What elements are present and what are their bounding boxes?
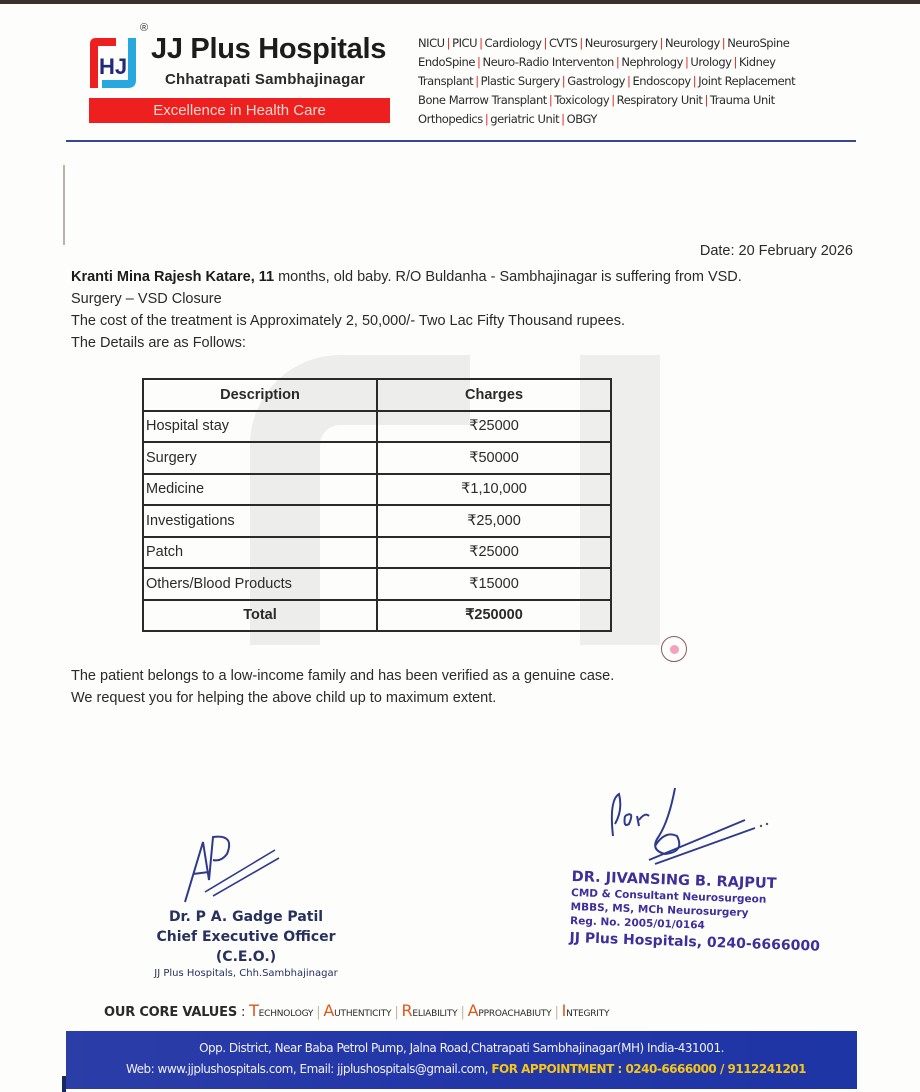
specialty-item: Neurology	[665, 36, 720, 50]
hospital-name: JJ Plus Hospitals	[151, 33, 386, 66]
core-values-line: OUR CORE VALUES : Technology|Authenticit…	[104, 1001, 824, 1020]
registered-mark: ®	[140, 22, 148, 34]
patient-details: months, old baby. R/O Buldanha - Sambhaj…	[274, 269, 742, 285]
hospital-city: Chhatrapati Sambhajinagar	[165, 71, 365, 88]
core-value: Approachabiuty	[468, 1005, 552, 1020]
row-charges: ₹50000	[377, 442, 611, 474]
core-value: Reliability	[402, 1005, 458, 1020]
separator: |	[559, 112, 566, 126]
request-line: We request you for helping the above chi…	[71, 687, 614, 709]
ceo-title: Chief Executive Officer (C.E.O.)	[126, 927, 366, 967]
row-charges: ₹1,10,000	[377, 474, 611, 506]
details-intro: The Details are as Follows:	[71, 332, 861, 354]
separator: |	[702, 93, 709, 107]
total-label: Total	[143, 600, 377, 632]
row-charges: ₹15000	[377, 568, 611, 600]
separator: |	[391, 1005, 401, 1020]
footer-contact: Web: www.jjplushospitals.com, Email: jjp…	[86, 1062, 846, 1076]
separator: |	[551, 1005, 561, 1020]
specialty-item: Neuro-Radio Interventon	[482, 55, 613, 69]
row-charges: ₹25,000	[377, 505, 611, 537]
footer-appointment: FOR APPOINTMENT : 0240-6666000 / 9112241…	[491, 1062, 806, 1076]
table-row: Patch₹25000	[143, 537, 611, 569]
stamp-dot-icon	[661, 636, 687, 662]
specialties-line: NICU|PICU|Cardiology|CVTS|Neurosurgery|N…	[418, 34, 858, 53]
specialty-item: NeuroSpine	[727, 36, 789, 50]
row-description: Hospital stay	[143, 411, 377, 443]
closing-text: The patient belongs to a low-income fami…	[71, 665, 614, 709]
row-description: Investigations	[143, 505, 377, 537]
tagline-text: Excellence in Health Care	[89, 102, 390, 119]
core-value: Technology	[249, 1005, 313, 1020]
specialty-item: Bone Marrow Transplant	[418, 93, 547, 107]
page-edge-shadow	[62, 1076, 66, 1092]
tagline-banner: Excellence in Health Care	[89, 98, 390, 123]
specialties-list: NICU|PICU|Cardiology|CVTS|Neurosurgery|N…	[418, 34, 858, 129]
specialty-item: CVTS	[549, 36, 577, 50]
core-value: Authenticity	[323, 1005, 391, 1020]
specialty-item: Plastic Surgery	[481, 74, 560, 88]
specialty-item: Transplant	[418, 74, 473, 88]
specialties-line: Bone Marrow Transplant|Toxicology|Respir…	[418, 91, 858, 110]
table-row: Hospital stay₹25000	[143, 411, 611, 443]
specialties-line: Orthopedics|geriatric Unit|OBGY	[418, 110, 858, 129]
footer-band: Opp. District, Near Baba Petrol Pump, Ja…	[66, 1031, 857, 1089]
row-description: Medicine	[143, 474, 377, 506]
total-row: Total₹250000	[143, 600, 611, 632]
specialty-item: Endoscopy	[632, 74, 690, 88]
ceo-signature-icon	[175, 832, 285, 912]
specialty-item: Neurosurgery	[585, 36, 658, 50]
specialty-item: Joint Replacement	[698, 74, 795, 88]
surgery-line: Surgery – VSD Closure	[71, 288, 861, 310]
hospital-logo-icon: HJ	[86, 34, 142, 90]
row-description: Surgery	[143, 442, 377, 474]
footer-web-email: Web: www.jjplushospitals.com, Email: jjp…	[126, 1062, 491, 1076]
column-header-charges: Charges	[377, 379, 611, 411]
letter-body: Kranti Mina Rajesh Katare, 11 months, ol…	[71, 266, 861, 354]
specialties-line: EndoSpine|Neuro-Radio Interventon|Nephro…	[418, 53, 858, 72]
header-divider	[66, 140, 856, 142]
cost-line: The cost of the treatment is Approximate…	[71, 310, 861, 332]
specialty-item: Respiratory Unit	[617, 93, 703, 107]
row-description: Others/Blood Products	[143, 568, 377, 600]
page-margin-mark	[63, 165, 65, 245]
table-row: Others/Blood Products₹15000	[143, 568, 611, 600]
separator: |	[473, 74, 480, 88]
total-amount: ₹250000	[377, 600, 611, 632]
specialty-item: NICU	[418, 36, 445, 50]
core-values-label: OUR CORE VALUES	[104, 1005, 237, 1020]
separator: |	[313, 1005, 323, 1020]
separator: |	[609, 93, 616, 107]
top-edge-strip	[0, 0, 920, 4]
footer-address: Opp. District, Near Baba Petrol Pump, Ja…	[66, 1041, 857, 1055]
cmd-signature-icon	[605, 780, 785, 870]
cmd-signature-block: DR. JIVANSING B. RAJPUT CMD & Consultant…	[569, 868, 822, 957]
table-row: Surgery₹50000	[143, 442, 611, 474]
ceo-hospital: JJ Plus Hospitals, Chh.Sambhajinagar	[126, 967, 366, 981]
row-charges: ₹25000	[377, 537, 611, 569]
separator: |	[577, 36, 584, 50]
table-row: Investigations₹25,000	[143, 505, 611, 537]
svg-text:HJ: HJ	[99, 54, 127, 79]
charges-table: Description Charges Hospital stay₹25000S…	[142, 378, 612, 632]
specialty-item: Toxicology	[554, 93, 609, 107]
verification-line: The patient belongs to a low-income fami…	[71, 665, 614, 687]
column-header-description: Description	[143, 379, 377, 411]
row-description: Patch	[143, 537, 377, 569]
core-value: Integrity	[562, 1005, 610, 1020]
specialty-item: EndoSpine	[418, 55, 475, 69]
separator: |	[457, 1005, 467, 1020]
letter-date: Date: 20 February 2026	[700, 243, 853, 259]
separator: |	[732, 55, 739, 69]
specialty-item: Orthopedics	[418, 112, 483, 126]
specialty-item: geriatric Unit	[490, 112, 559, 126]
separator: |	[477, 36, 484, 50]
specialties-line: Transplant|Plastic Surgery|Gastrology|En…	[418, 72, 858, 91]
patient-line: Kranti Mina Rajesh Katare, 11 months, ol…	[71, 266, 861, 288]
patient-name: Kranti Mina Rajesh Katare, 11	[71, 269, 274, 285]
row-charges: ₹25000	[377, 411, 611, 443]
specialty-item: Nephrology	[621, 55, 683, 69]
specialty-item: Gastrology	[567, 74, 625, 88]
separator: |	[542, 36, 549, 50]
specialty-item: OBGY	[567, 112, 597, 126]
separator: |	[445, 36, 452, 50]
table-header-row: Description Charges	[143, 379, 611, 411]
specialty-item: Trauma Unit	[710, 93, 775, 107]
specialty-item: PICU	[452, 36, 477, 50]
ceo-signature-block: Dr. P A. Gadge Patil Chief Executive Off…	[126, 907, 366, 981]
separator: |	[658, 36, 665, 50]
specialty-item: Urology	[690, 55, 731, 69]
table-row: Medicine₹1,10,000	[143, 474, 611, 506]
ceo-name: Dr. P A. Gadge Patil	[126, 907, 366, 927]
specialty-item: Cardiology	[485, 36, 542, 50]
specialty-item: Kidney	[739, 55, 776, 69]
